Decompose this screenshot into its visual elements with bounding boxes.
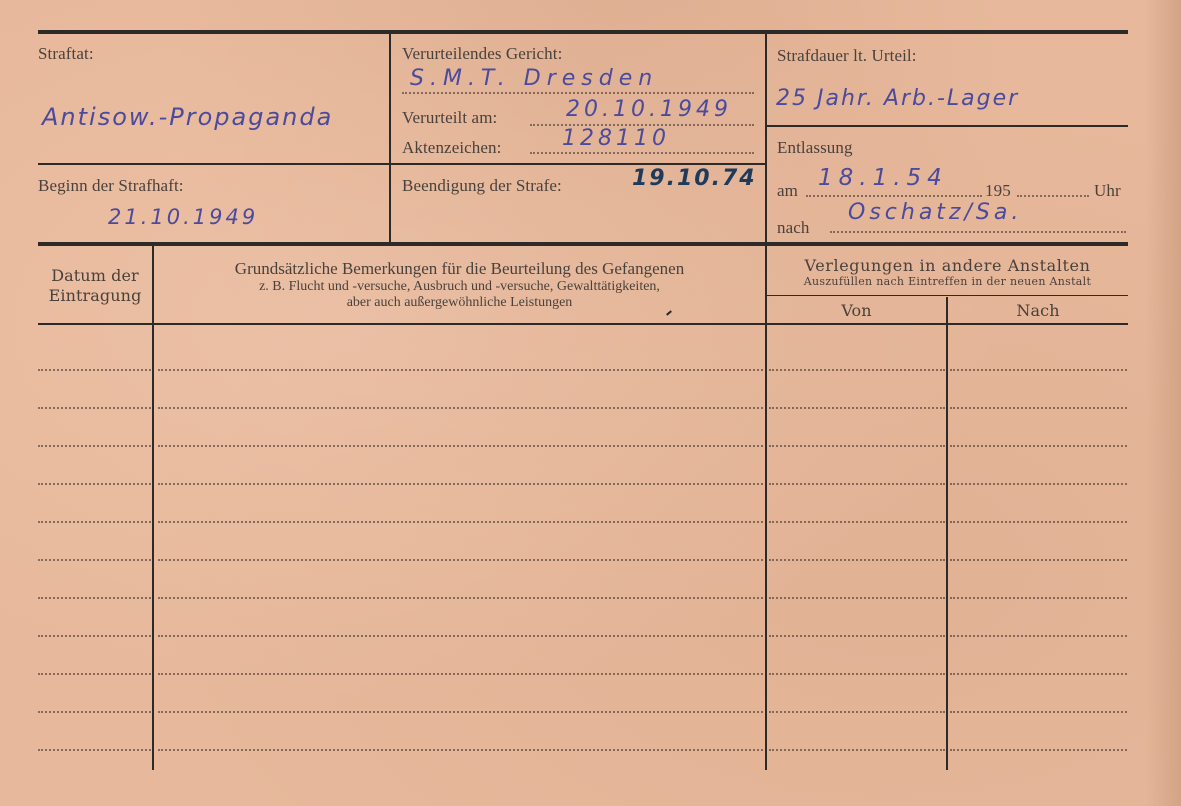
nach-cell-line: [950, 597, 1127, 599]
header-verlegungen: Verlegungen in andere Anstalten Auszufül…: [767, 257, 1128, 288]
header-von: Von: [767, 301, 946, 320]
bemerkungen-cell-line: [158, 445, 763, 447]
beendigung-label: Beendigung der Strafe:: [402, 176, 562, 196]
datum-cell-line: [38, 597, 151, 599]
table-header-rule: [38, 323, 1128, 325]
datum-cell-line: [38, 711, 151, 713]
row1-rule-left: [38, 163, 766, 165]
von-cell-line: [769, 711, 945, 713]
entlassung-year-dotted-line: [1017, 195, 1089, 197]
bemerkungen-cell-line: [158, 559, 763, 561]
bemerkungen-cell-line: [158, 749, 763, 751]
nach-cell-line: [950, 711, 1127, 713]
entlassung-nach-label: nach: [777, 218, 810, 238]
gericht-label: Verurteilendes Gericht:: [402, 44, 562, 64]
datum-cell-line: [38, 521, 151, 523]
bemerkungen-cell-line: [158, 407, 763, 409]
bemerkungen-cell-line: [158, 521, 763, 523]
bemerkungen-cell-line: [158, 483, 763, 485]
header-nach: Nach: [948, 301, 1128, 320]
entlassung-nach-dotted-line: [830, 231, 1126, 233]
entlassung-year-prefix: 195: [985, 181, 1011, 201]
von-cell-line: [769, 673, 945, 675]
bemerkungen-cell-line: [158, 597, 763, 599]
datum-cell-line: [38, 445, 151, 447]
datum-cell-line: [38, 407, 151, 409]
entlassung-nach-value: Oschatz/Sa.: [848, 200, 1022, 225]
von-cell-line: [769, 597, 945, 599]
datum-cell-line: [38, 483, 151, 485]
straftat-value: Antisow.-Propaganda: [42, 103, 333, 131]
verlegungen-sub-rule: [767, 295, 1128, 296]
entlassung-uhr-label: Uhr: [1094, 181, 1121, 201]
top-rule: [38, 30, 1128, 34]
von-cell-line: [769, 749, 945, 751]
bemerkungen-cell-line: [158, 635, 763, 637]
gericht-dotted-line: [402, 92, 754, 94]
aktenzeichen-dotted-line: [530, 152, 754, 154]
von-cell-line: [769, 445, 945, 447]
header-bemerkungen-sub2: aber auch außergewöhnliche Leistungen: [154, 295, 765, 311]
datum-cell-line: [38, 749, 151, 751]
ink-mark: [666, 310, 672, 315]
nach-cell-line: [950, 483, 1127, 485]
nach-cell-line: [950, 749, 1127, 751]
divider-v2-top: [765, 32, 767, 244]
entlassung-label: Entlassung: [777, 138, 853, 158]
datum-cell-line: [38, 369, 151, 371]
nach-cell-line: [950, 673, 1127, 675]
verurteilt-am-value: 20.10.1949: [566, 97, 732, 122]
strafdauer-value: 25 Jahr. Arb.-Lager: [776, 86, 1019, 111]
header-verlegungen-title: Verlegungen in andere Anstalten: [767, 257, 1128, 275]
nach-cell-line: [950, 559, 1127, 561]
divider-v1-top: [389, 32, 391, 244]
entlassung-am-value: 18.1.54: [818, 165, 948, 191]
von-cell-line: [769, 483, 945, 485]
header-datum-line1: Datum der: [38, 266, 152, 286]
datum-cell-line: [38, 635, 151, 637]
header-datum: Datum der Eintragung: [38, 266, 152, 306]
bemerkungen-cell-line: [158, 673, 763, 675]
nach-cell-line: [950, 635, 1127, 637]
von-cell-line: [769, 521, 945, 523]
von-cell-line: [769, 407, 945, 409]
entlassung-am-dotted-line: [806, 195, 982, 197]
header-bemerkungen-title: Grundsätzliche Bemerkungen für die Beurt…: [154, 259, 765, 279]
col-divider-von-nach: [946, 297, 948, 770]
entlassung-am-label: am: [777, 181, 798, 201]
header-verlegungen-sub: Auszufüllen nach Eintreffen in der neuen…: [767, 275, 1128, 288]
aktenzeichen-value: 128110: [562, 126, 670, 151]
aktenzeichen-label: Aktenzeichen:: [402, 138, 501, 158]
von-cell-line: [769, 635, 945, 637]
table-top-rule: [38, 242, 1128, 246]
strafdauer-rule: [767, 125, 1128, 127]
straftat-label: Straftat:: [38, 44, 94, 64]
header-bemerkungen: Grundsätzliche Bemerkungen für die Beurt…: [154, 259, 765, 311]
von-cell-line: [769, 369, 945, 371]
datum-cell-line: [38, 559, 151, 561]
bemerkungen-cell-line: [158, 369, 763, 371]
header-bemerkungen-sub1: z. B. Flucht und -versuche, Ausbruch und…: [154, 279, 765, 295]
beginn-label: Beginn der Strafhaft:: [38, 176, 184, 196]
nach-cell-line: [950, 407, 1127, 409]
beginn-value: 21.10.1949: [108, 205, 258, 229]
bemerkungen-cell-line: [158, 711, 763, 713]
nach-cell-line: [950, 521, 1127, 523]
strafdauer-label: Strafdauer lt. Urteil:: [777, 46, 917, 66]
gericht-value: S.M.T. Dresden: [410, 66, 658, 91]
beendigung-value: 19.10.74: [632, 166, 757, 191]
verurteilt-am-label: Verurteilt am:: [402, 108, 497, 128]
von-cell-line: [769, 559, 945, 561]
nach-cell-line: [950, 445, 1127, 447]
nach-cell-line: [950, 369, 1127, 371]
header-datum-line2: Eintragung: [38, 286, 152, 306]
datum-cell-line: [38, 673, 151, 675]
